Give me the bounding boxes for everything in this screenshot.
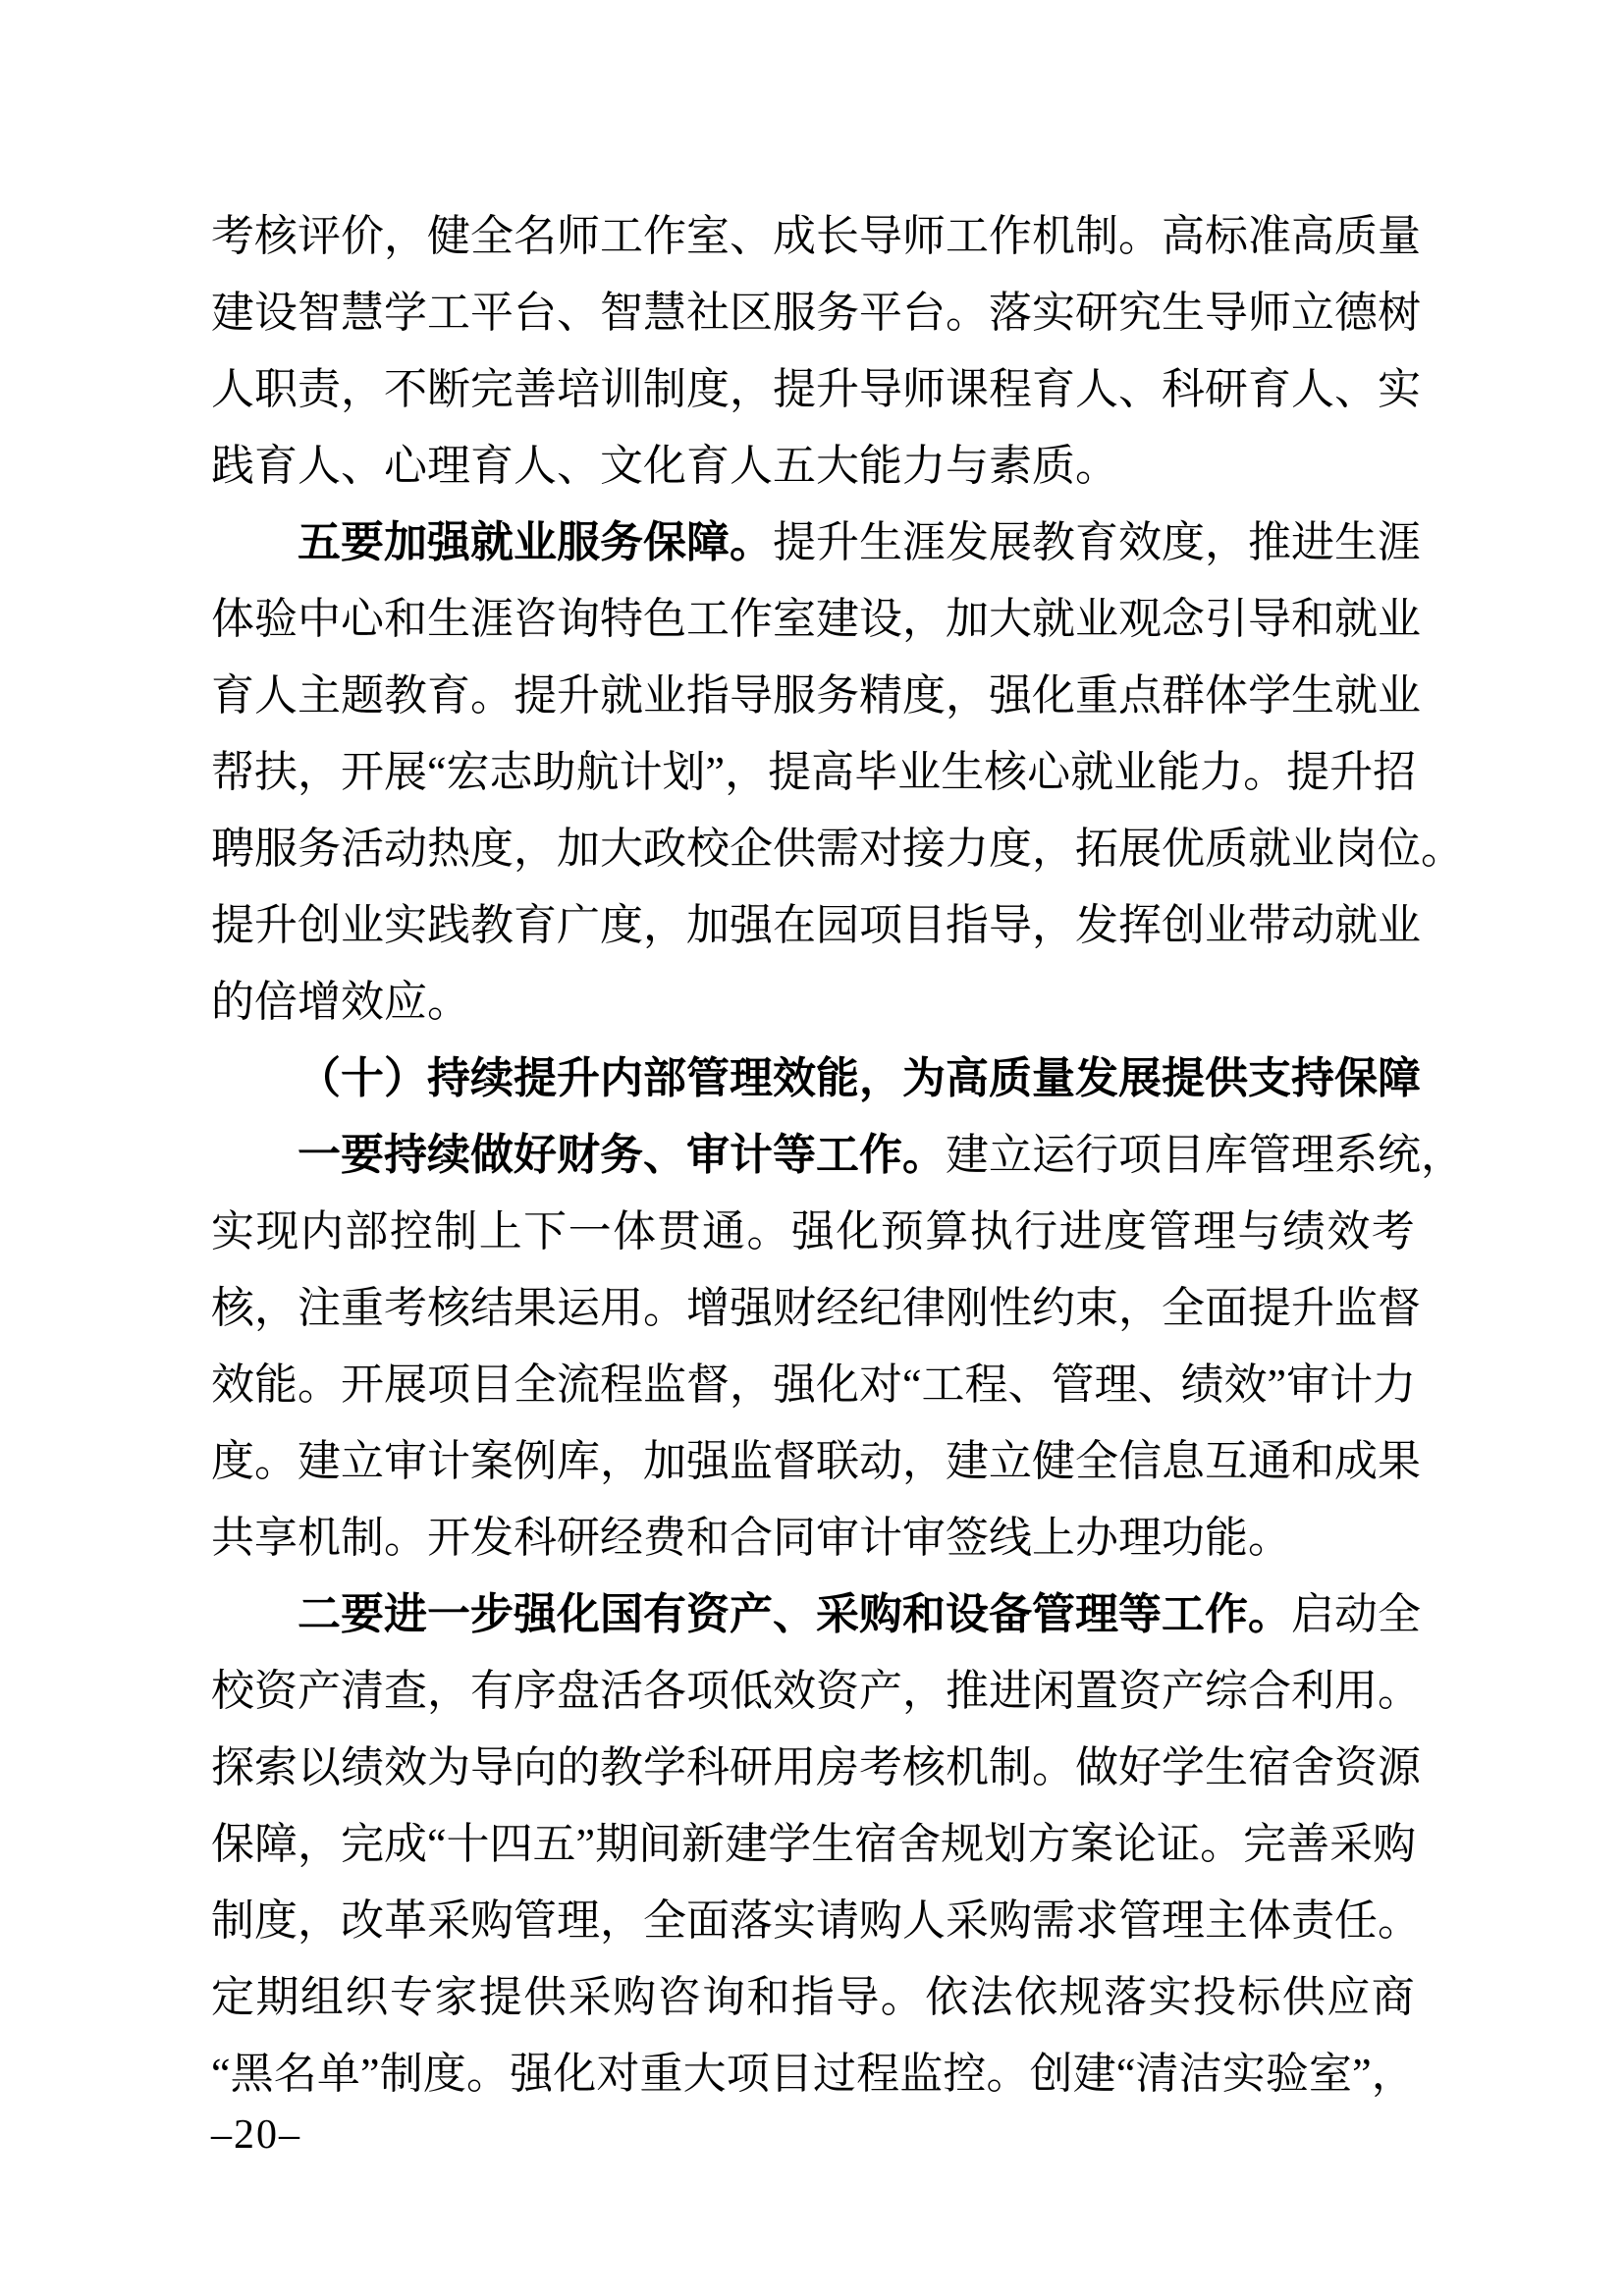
text-line: 共享机制。开发科研经费和合同审计审签线上办理功能。 [211,1500,1415,1576]
text-line: 建设智慧学工平台、智慧社区服务平台。落实研究生导师立德树 [211,275,1415,351]
text-line: 人职责，不断完善培训制度，提升导师课程育人、科研育人、实 [211,351,1415,428]
text-line: （十）持续提升内部管理效能，为高质量发展提供支持保障 [211,1041,1415,1117]
text-line: 体验中心和生涯咨询特色工作室建设，加大就业观念引导和就业 [211,581,1415,658]
paragraph-indent [211,543,298,544]
text-line: 度。建立审计案例库，加强监督联动，建立健全信息互通和成果 [211,1423,1415,1500]
text-line: 育人主题教育。提升就业指导服务精度，强化重点群体学生就业 [211,658,1415,734]
text-line: 聘服务活动热度，加大政校企供需对接力度，拓展优质就业岗位。 [211,811,1415,887]
text-line: 二要进一步强化国有资产、采购和设备管理等工作。启动全 [211,1576,1415,1653]
text-line: 校资产清查，有序盘活各项低效资产，推进闲置资产综合利用。 [211,1653,1415,1730]
text-line: 五要加强就业服务保障。提升生涯发展教育效度，推进生涯 [211,505,1415,581]
paragraph-indent [211,1155,298,1156]
text-line: 的倍增效应。 [211,964,1415,1041]
document-page: 考核评价，健全名师工作室、成长导师工作机制。高标准高质量建设智慧学工平台、智慧社… [0,0,1624,2296]
text-line: 定期组织专家提供采购咨询和指导。依法依规落实投标供应商 [211,1959,1415,2036]
text-line: 实现内部控制上下一体贯通。强化预算执行进度管理与绩效考 [211,1194,1415,1270]
paragraph-indent [211,1079,298,1080]
text-line: 制度，改革采购管理，全面落实请购人采购需求管理主体责任。 [211,1883,1415,1959]
page-number: –20– [211,2108,301,2163]
text-line: 效能。开展项目全流程监督，强化对“工程、管理、绩效”审计力 [211,1347,1415,1423]
text-line: 帮扶，开展“宏志助航计划”，提高毕业生核心就业能力。提升招 [211,734,1415,811]
text-line: 核，注重考核结果运用。增强财经纪律刚性约束，全面提升监督 [211,1270,1415,1347]
text-line: “黑名单”制度。强化对重大项目过程监控。创建“清洁实验室”， [211,2036,1415,2112]
text-line: 提升创业实践教育广度，加强在园项目指导，发挥创业带动就业 [211,887,1415,964]
document-body: 考核评价，健全名师工作室、成长导师工作机制。高标准高质量建设智慧学工平台、智慧社… [211,198,1415,2112]
text-line: 考核评价，健全名师工作室、成长导师工作机制。高标准高质量 [211,198,1415,275]
text-line: 保障，完成“十四五”期间新建学生宿舍规划方案论证。完善采购 [211,1806,1415,1883]
text-line: 践育人、心理育人、文化育人五大能力与素质。 [211,428,1415,505]
text-line: 探索以绩效为导向的教学科研用房考核机制。做好学生宿舍资源 [211,1730,1415,1806]
paragraph-indent [211,1615,298,1616]
text-line: 一要持续做好财务、审计等工作。建立运行项目库管理系统， [211,1117,1415,1194]
